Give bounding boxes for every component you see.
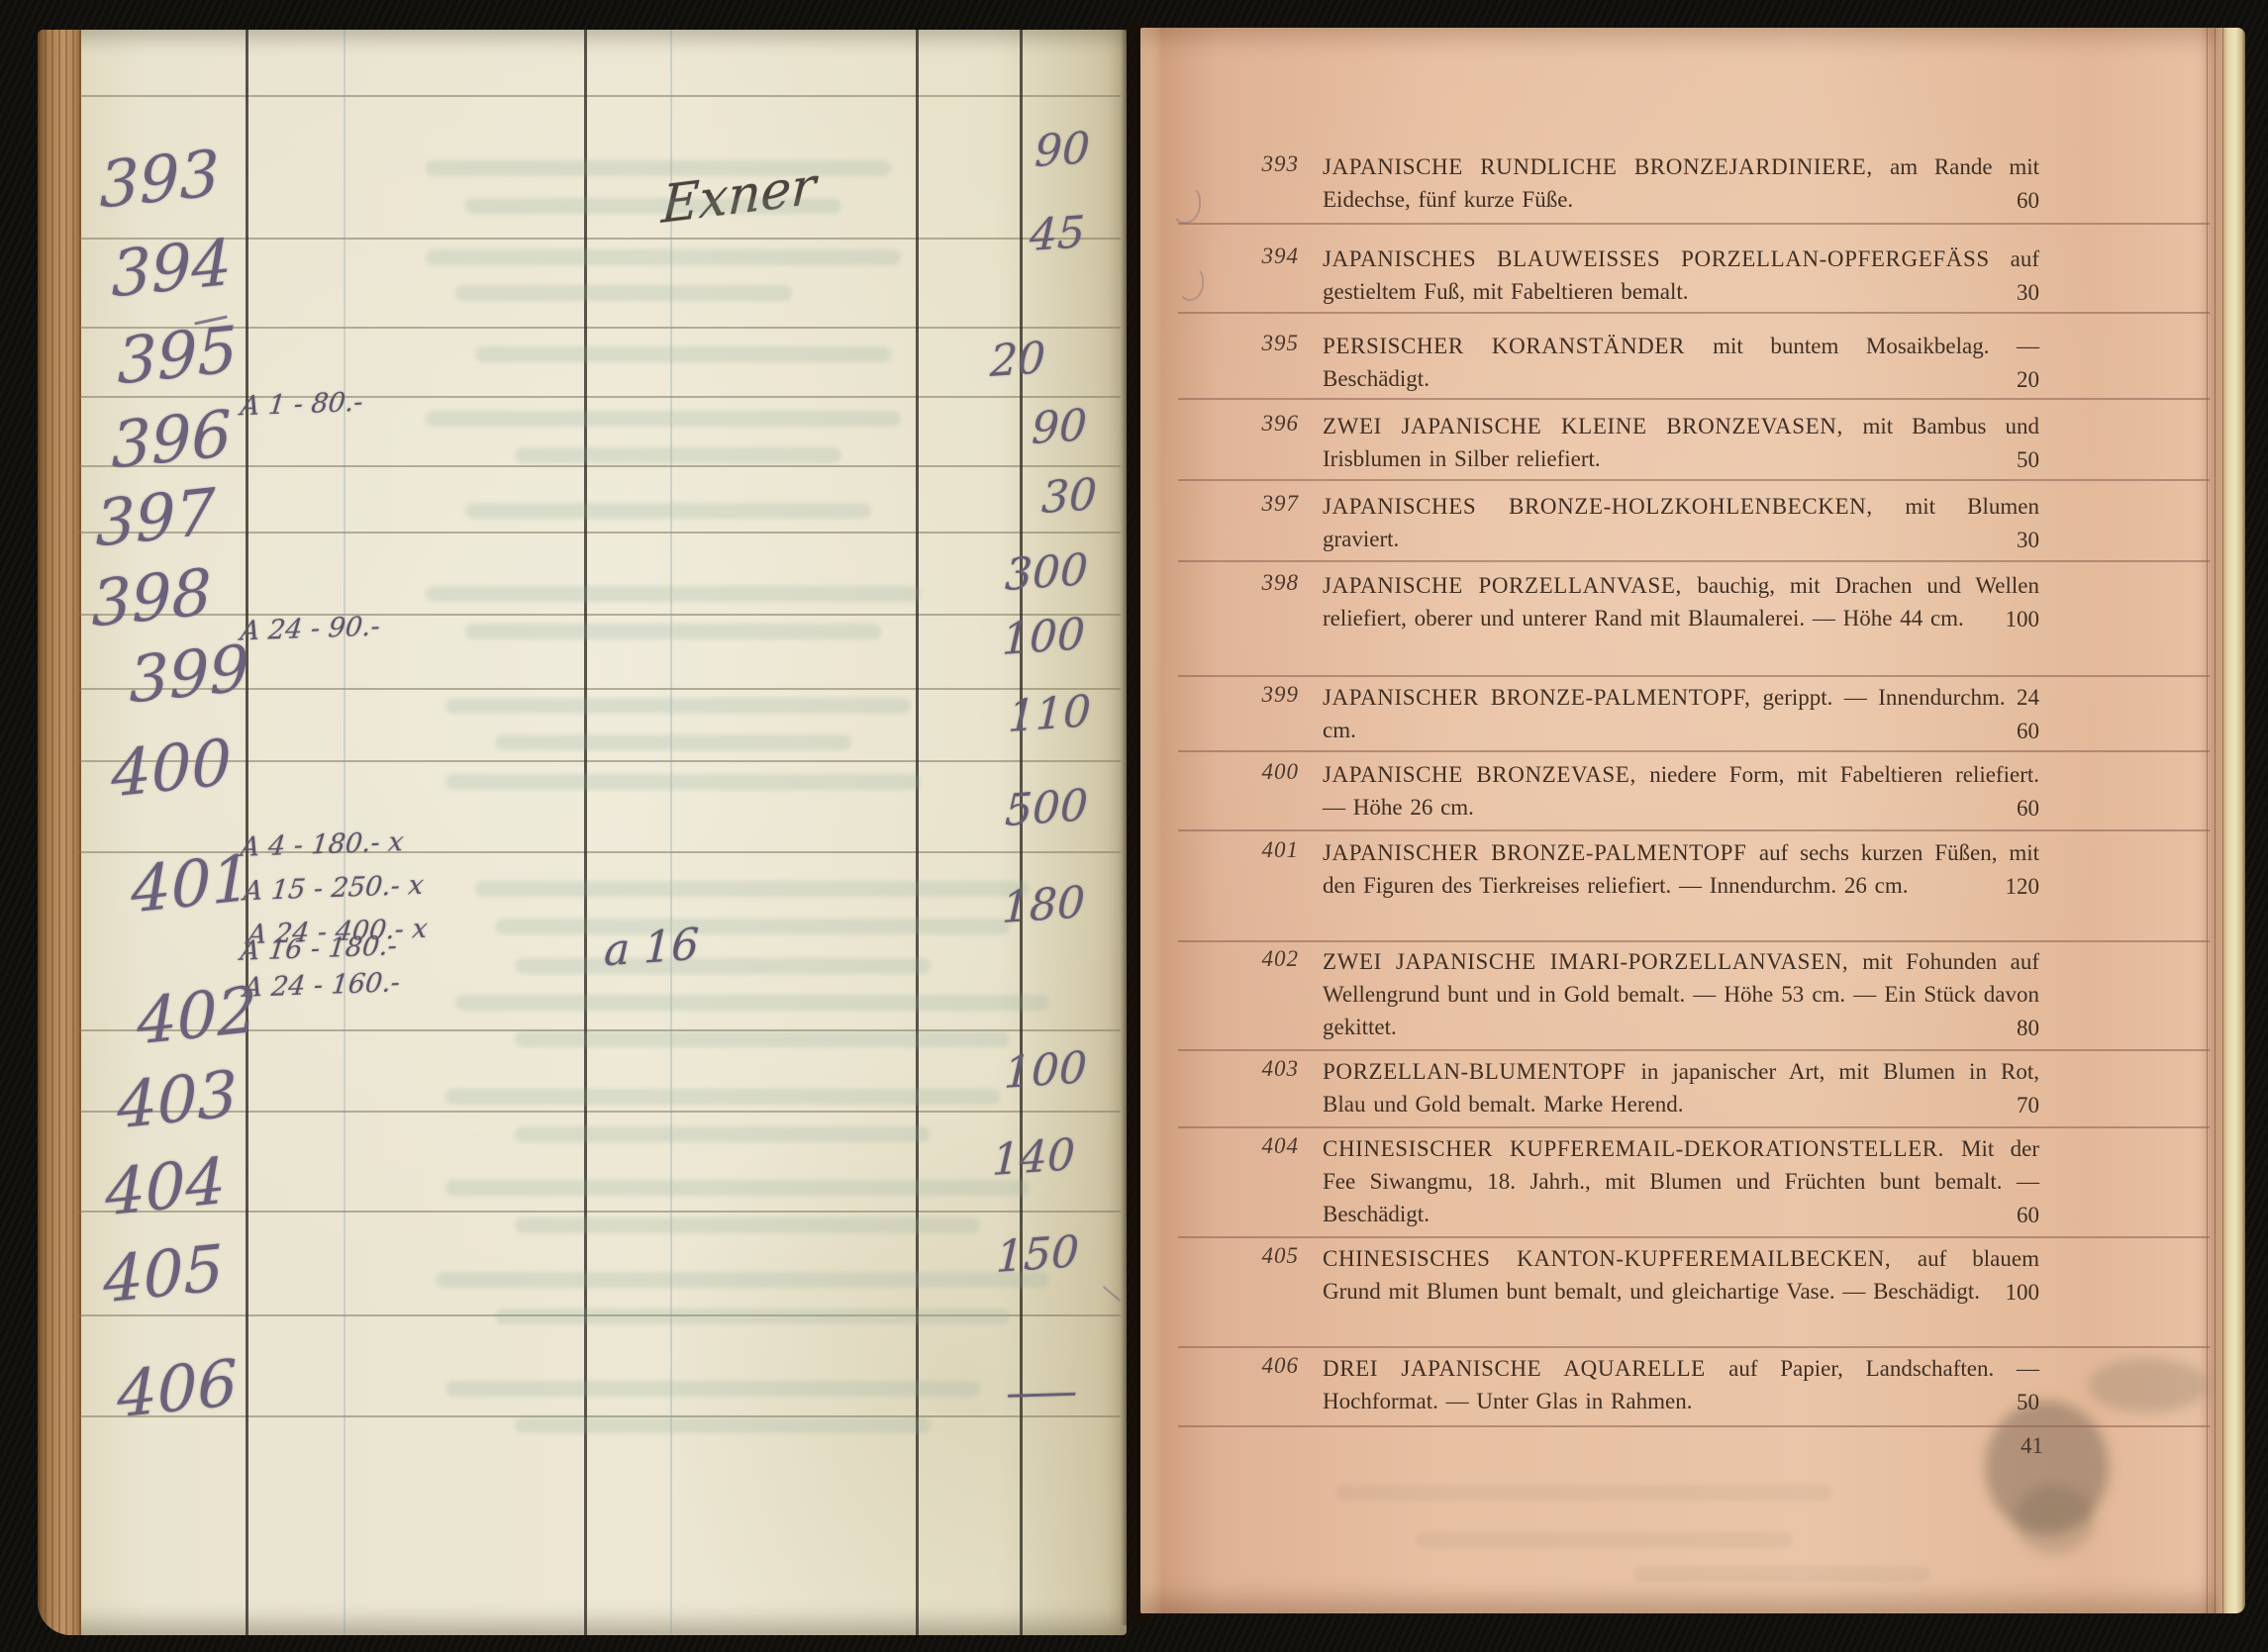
entry-title: JAPANISCHES BLAUWEISSES PORZELLAN-OPFERG… — [1323, 246, 2011, 271]
entry-lot-number: 394 — [1243, 243, 1299, 269]
ink-bleed-through — [426, 249, 901, 265]
ink-bleed-through — [475, 881, 1030, 897]
handwritten-lot-number: 401 — [131, 846, 252, 923]
entry-lot-number: 403 — [1243, 1056, 1299, 1082]
entry-lot-number: 398 — [1243, 570, 1299, 596]
handwritten-hammer-price: 100 — [1001, 613, 1085, 662]
ink-bleed-through — [495, 919, 1010, 934]
entry-estimate-price: 60 — [2017, 1199, 2039, 1231]
handwritten-hammer-price: 180 — [1001, 881, 1085, 930]
handwritten-lot-number: 399 — [129, 636, 250, 713]
ink-bleed-through — [436, 1272, 1049, 1288]
entry-text: ZWEI JAPANISCHE KLEINE BRONZEVASEN, mit … — [1323, 410, 2039, 475]
ledger-row-line — [79, 760, 1121, 762]
ink-bleed-through — [465, 624, 881, 639]
ledger-row-line — [79, 532, 1121, 534]
handwritten-bid-annotation: A 16 - 180.- — [240, 932, 399, 965]
catalog-entry: 400 JAPANISCHE BRONZEVASE, niedere Form,… — [1243, 758, 2041, 824]
handwritten-hammer-price: — — [1003, 1370, 1081, 1415]
handwritten-hammer-price: 45 — [1029, 211, 1085, 258]
ink-bleed-through — [465, 503, 871, 519]
entry-text: PERSISCHER KORANSTÄNDER mit buntem Mosai… — [1323, 330, 2039, 395]
entry-title: JAPANISCHE RUNDLICHE BRONZEJARDINIERE, — [1323, 154, 1890, 179]
ink-bleed-through — [515, 1031, 1010, 1047]
handwritten-bid-annotation: A 15 - 250.- x — [243, 872, 426, 905]
entry-lot-number: 402 — [1243, 946, 1299, 972]
entry-title: JAPANISCHE BRONZEVASE, — [1323, 762, 1649, 787]
entry-title: PORZELLAN-BLUMENTOPF — [1323, 1059, 1640, 1084]
fore-edge-pages — [2200, 28, 2245, 1613]
catalog-entry: 406 DREI JAPANISCHE AQUARELLE auf Papier… — [1243, 1352, 2041, 1417]
ink-bleed-through — [445, 774, 921, 790]
handwritten-hammer-price: 150 — [995, 1230, 1079, 1280]
smudge — [2089, 1358, 2208, 1412]
entry-separator-line — [1178, 675, 2210, 677]
entry-text: JAPANISCHES BRONZE-HOLZKOHLENBECKEN, mit… — [1323, 490, 2039, 555]
entry-separator-line — [1178, 1049, 2210, 1051]
entry-estimate-price: 60 — [2017, 715, 2039, 747]
entry-separator-line — [1178, 1236, 2210, 1238]
handwritten-lot-number: 400 — [111, 730, 233, 807]
ink-bleed-through — [475, 346, 891, 362]
catalog-entry: 404 CHINESISCHER KUPFEREMAIL-DEKORATIONS… — [1243, 1132, 2041, 1230]
auction-catalog-scan: Exner 41 39390394453952039690A 1 - 80.-3… — [0, 0, 2268, 1652]
handwritten-bid-annotation: A 1 - 80.- — [240, 389, 364, 420]
catalog-entry: 402 ZWEI JAPANISCHE IMARI-PORZELLANVASEN… — [1243, 945, 2041, 1043]
entry-text: CHINESISCHES KANTON-KUPFEREMAILBECKEN, a… — [1323, 1242, 2039, 1308]
ink-bleed-through — [426, 160, 891, 176]
ink-bleed-through — [1416, 1532, 1792, 1548]
handwritten-lot-number: 396 — [111, 402, 233, 478]
catalog-entry: 394 JAPANISCHES BLAUWEISSES PORZELLAN-OP… — [1243, 243, 2041, 308]
handwritten-hammer-price: 30 — [1040, 473, 1097, 521]
handwritten-bid-annotation: A 24 - 90.- — [240, 613, 382, 644]
entry-estimate-price: 100 — [2006, 603, 2040, 635]
entry-text: JAPANISCHE RUNDLICHE BRONZEJARDINIERE, a… — [1323, 150, 2039, 216]
entry-title: CHINESISCHER KUPFEREMAIL-DEKORATIONSTELL… — [1323, 1136, 1961, 1161]
ink-bleed-through — [515, 1126, 931, 1142]
handwritten-hammer-price: 500 — [1004, 784, 1088, 833]
ink-bleed-through — [1336, 1485, 1831, 1501]
entry-separator-line — [1178, 829, 2210, 831]
catalog-entry: 393 JAPANISCHE RUNDLICHE BRONZEJARDINIER… — [1243, 150, 2041, 216]
catalog-entry: 398 JAPANISCHE PORZELLANVASE, bauchig, m… — [1243, 569, 2041, 634]
entry-lot-number: 396 — [1243, 411, 1299, 437]
entry-text: JAPANISCHER BRONZE-PALMENTOPF auf sechs … — [1323, 836, 2039, 902]
entry-lot-number: 400 — [1243, 759, 1299, 785]
handwritten-lot-number: 393 — [99, 142, 221, 218]
entry-estimate-price: 80 — [2017, 1012, 2039, 1044]
ink-bleed-through — [515, 1417, 931, 1433]
entry-estimate-price: 50 — [2017, 1386, 2039, 1418]
entry-estimate-price: 100 — [2006, 1276, 2040, 1309]
ink-bleed-through — [1633, 1566, 1930, 1582]
entry-text: JAPANISCHE PORZELLANVASE, bauchig, mit D… — [1323, 569, 2039, 634]
handwritten-center-note: a 16 — [603, 923, 700, 974]
catalog-entry: 396 ZWEI JAPANISCHE KLEINE BRONZEVASEN, … — [1243, 410, 2041, 475]
entry-separator-line — [1178, 312, 2210, 314]
entry-lot-number: 395 — [1243, 331, 1299, 356]
ink-bleed-through — [426, 411, 901, 427]
entry-separator-line — [1178, 1425, 2210, 1427]
entry-title: CHINESISCHES KANTON-KUPFEREMAILBECKEN, — [1323, 1246, 1918, 1271]
handwritten-lot-number: 404 — [105, 1149, 227, 1225]
catalog-entry: 399 JAPANISCHER BRONZE-PALMENTOPF, gerip… — [1243, 681, 2041, 746]
catalog-entry: 403 PORZELLAN-BLUMENTOPF in japanischer … — [1243, 1055, 2041, 1120]
handwritten-lot-number: 406 — [117, 1351, 239, 1427]
ink-bleed-through — [465, 198, 841, 214]
handwritten-lot-number: 402 — [137, 978, 258, 1054]
ink-bleed-through — [445, 1089, 1000, 1105]
entry-lot-number: 401 — [1243, 837, 1299, 863]
entry-separator-line — [1178, 1346, 2210, 1348]
entry-text: JAPANISCHE BRONZEVASE, niedere Form, mit… — [1323, 758, 2039, 824]
entry-text: CHINESISCHER KUPFEREMAIL-DEKORATIONSTELL… — [1323, 1132, 2039, 1230]
handwritten-hammer-price: 110 — [1007, 690, 1091, 739]
entry-estimate-price: 50 — [2017, 443, 2039, 476]
ledger-row-line — [79, 95, 1121, 97]
entry-title: JAPANISCHES BRONZE-HOLZKOHLENBECKEN, — [1323, 494, 1905, 519]
catalog-entry: 395 PERSISCHER KORANSTÄNDER mit buntem M… — [1243, 330, 2041, 395]
entry-text: JAPANISCHES BLAUWEISSES PORZELLAN-OPFERG… — [1323, 243, 2039, 308]
entry-separator-line — [1178, 940, 2210, 942]
entry-estimate-price: 60 — [2017, 792, 2039, 825]
ink-bleed-through — [495, 734, 851, 750]
handwritten-lot-number: 403 — [117, 1062, 239, 1138]
ledger-row-line — [79, 465, 1121, 467]
entry-lot-number: 405 — [1243, 1243, 1299, 1269]
entry-estimate-price: 70 — [2017, 1089, 2039, 1121]
ink-bleed-through — [445, 1381, 980, 1397]
entry-estimate-price: 30 — [2017, 524, 2039, 556]
handwritten-lot-number: 395 — [117, 318, 239, 394]
catalog-entry: 401 JAPANISCHER BRONZE-PALMENTOPF auf se… — [1243, 836, 2041, 902]
ink-bleed-through — [445, 698, 911, 714]
entry-text: JAPANISCHER BRONZE-PALMENTOPF, gerippt. … — [1323, 681, 2039, 746]
handwritten-lot-number: 394 — [111, 231, 233, 307]
ink-bleed-through — [445, 1180, 1030, 1196]
entry-title: DREI JAPANISCHE AQUARELLE — [1323, 1356, 1728, 1381]
entry-estimate-price: 30 — [2017, 276, 2039, 309]
handwritten-hammer-price: 140 — [991, 1133, 1075, 1183]
entry-separator-line — [1178, 223, 2210, 225]
handwritten-bid-annotation: A 4 - 180.- x — [240, 828, 405, 861]
handwritten-lot-number: 398 — [91, 560, 213, 636]
entry-estimate-price: 60 — [2017, 184, 2039, 217]
ink-bleed-through — [455, 285, 792, 301]
handwritten-lot-number: 405 — [103, 1236, 225, 1312]
ledger-row-line — [79, 614, 1121, 616]
smudge — [2015, 1485, 2094, 1554]
entry-separator-line — [1178, 560, 2210, 562]
ledger-row-line — [79, 1211, 1121, 1213]
handwritten-hammer-price: 90 — [1031, 404, 1087, 451]
ink-bleed-through — [515, 958, 931, 974]
entry-text: DREI JAPANISCHE AQUARELLE auf Papier, La… — [1323, 1352, 2039, 1417]
entry-separator-line — [1178, 479, 2210, 481]
catalog-entry: 397 JAPANISCHES BRONZE-HOLZKOHLENBECKEN,… — [1243, 490, 2041, 555]
entry-lot-number: 393 — [1243, 151, 1299, 177]
entry-separator-line — [1178, 398, 2210, 400]
entry-estimate-price: 20 — [2017, 363, 2039, 396]
entry-title: JAPANISCHER BRONZE-PALMENTOPF, — [1323, 685, 1763, 710]
handwritten-bid-annotation: A 24 - 160.- — [243, 969, 402, 1002]
ink-bleed-through — [495, 1309, 1010, 1324]
entry-separator-line — [1178, 750, 2210, 752]
entry-title: PERSISCHER KORANSTÄNDER — [1323, 334, 1713, 358]
ink-bleed-through — [515, 1217, 980, 1233]
entry-title: ZWEI JAPANISCHE IMARI-PORZELLANVASEN, — [1323, 949, 1862, 974]
ledger-row-line — [79, 396, 1121, 398]
ink-bleed-through — [515, 447, 841, 463]
catalog-entry: 405 CHINESISCHES KANTON-KUPFEREMAILBECKE… — [1243, 1242, 2041, 1308]
entry-estimate-price: 120 — [2006, 870, 2040, 903]
ledger-row-line — [79, 238, 1121, 240]
ink-bleed-through — [455, 995, 1049, 1011]
entry-separator-line — [1178, 1126, 2210, 1128]
handwritten-hammer-price: 90 — [1034, 127, 1090, 174]
entry-lot-number: 397 — [1243, 491, 1299, 517]
entry-title: JAPANISCHER BRONZE-PALMENTOPF — [1323, 840, 1759, 865]
entry-lot-number: 399 — [1243, 682, 1299, 708]
entry-lot-number: 404 — [1243, 1133, 1299, 1159]
entry-title: ZWEI JAPANISCHE KLEINE BRONZEVASEN, — [1323, 414, 1862, 438]
entry-lot-number: 406 — [1243, 1353, 1299, 1379]
handwritten-hammer-price: 300 — [1004, 548, 1088, 598]
entry-text: PORZELLAN-BLUMENTOPF in japanischer Art,… — [1323, 1055, 2039, 1120]
entry-text: ZWEI JAPANISCHE IMARI-PORZELLANVASEN, mi… — [1323, 945, 2039, 1043]
handwritten-hammer-price: 20 — [989, 337, 1045, 384]
ink-bleed-through — [426, 586, 921, 602]
book-edge-strip — [38, 30, 81, 1635]
handwritten-lot-number: 397 — [95, 480, 217, 556]
handwritten-hammer-price: 100 — [1003, 1046, 1087, 1096]
entry-title: JAPANISCHE PORZELLANVASE, — [1323, 573, 1697, 598]
